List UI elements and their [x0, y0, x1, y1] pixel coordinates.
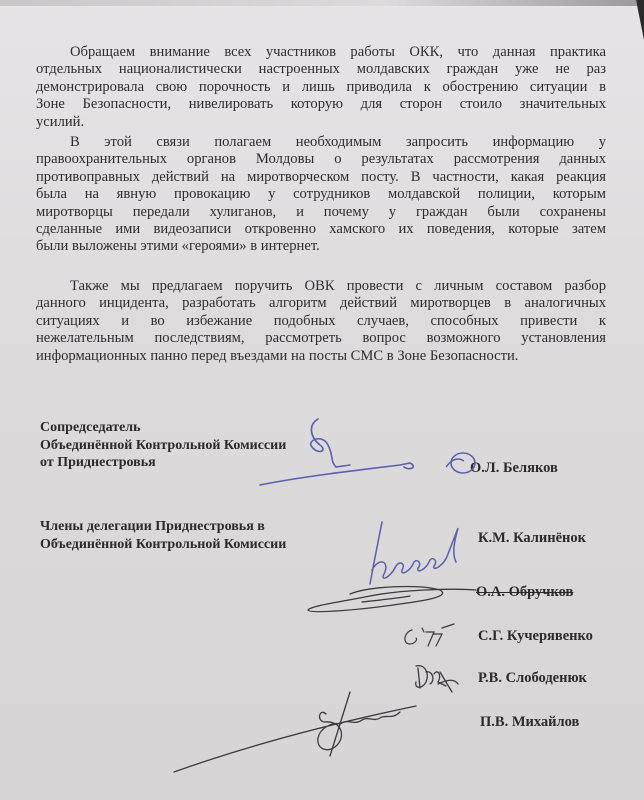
- signature-belyakov: [260, 415, 480, 495]
- member-name-obruchkov: О.А. Обручков: [476, 584, 573, 601]
- delegation-title-line: Члены делегации Приднестровья в: [40, 518, 286, 536]
- text-line: были выложены этими «героями» в интернет…: [36, 238, 606, 255]
- text-line: правоохранительных органов Молдовы о рез…: [36, 151, 606, 168]
- text-line: информационных панно перед въездами на п…: [36, 348, 606, 365]
- signature-mikhailov: [170, 692, 430, 792]
- member-name-kucheryavenko: С.Г. Кучерявенко: [478, 628, 593, 645]
- text-line: усилий.: [36, 114, 606, 131]
- member-name-mikhailov: П.В. Михайлов: [480, 714, 579, 731]
- delegation-title-line: Объединённой Контрольной Комиссии: [40, 536, 286, 554]
- text-line: нежелательным последствиям, рассмотреть …: [36, 330, 606, 347]
- text-line: Зоне Безопасности, нивелировать которую …: [36, 96, 606, 113]
- text-line: Также мы предлагаем поручить ОВК провест…: [36, 278, 606, 295]
- member-name-kalinenok: К.М. Калинёнок: [478, 530, 586, 547]
- cochair-title: Сопредседатель Объединённой Контрольной …: [40, 419, 286, 472]
- delegation-title: Члены делегации Приднестровья в Объединё…: [40, 518, 286, 553]
- paragraph-2: В этой связи полагаем необходимым запрос…: [36, 134, 606, 256]
- page-top-edge: [0, 0, 644, 6]
- cochair-title-line: Сопредседатель: [40, 419, 286, 437]
- paragraph-1: Обращаем внимание всех участников работы…: [36, 44, 606, 131]
- signature-obruchkov: [300, 560, 480, 620]
- cochair-title-line: от Приднестровья: [40, 454, 286, 472]
- cochair-name: О.Л. Беляков: [470, 460, 558, 477]
- signature-kucheryavenko: [400, 622, 460, 652]
- paragraph-3: Также мы предлагаем поручить ОВК провест…: [36, 278, 606, 365]
- text-line: В этой связи полагаем необходимым запрос…: [36, 134, 606, 151]
- text-line: сделанные ими видеозаписи откровенно хам…: [36, 221, 606, 238]
- cochair-title-line: Объединённой Контрольной Комиссии: [40, 437, 286, 455]
- text-line: демонстрировала свою порочность и лишь п…: [36, 79, 606, 96]
- member-name-slobodenyuk: Р.В. Слободенюк: [478, 670, 587, 687]
- text-line: ситуациях и во избежание подобных случае…: [36, 313, 606, 330]
- text-line: данного инцидента, разработать алгоритм …: [36, 295, 606, 312]
- text-line: Обращаем внимание всех участников работы…: [36, 44, 606, 61]
- text-line: миротворцы передали хулиганов, и почему …: [36, 204, 606, 221]
- text-line: отдельных националистически настроенных …: [36, 61, 606, 78]
- text-line: противоправных действий на миротворческо…: [36, 169, 606, 186]
- text-line: была на явную провокацию у сотрудников м…: [36, 186, 606, 203]
- document-page: Обращаем внимание всех участников работы…: [0, 0, 644, 800]
- signature-slobodenyuk: [410, 662, 470, 696]
